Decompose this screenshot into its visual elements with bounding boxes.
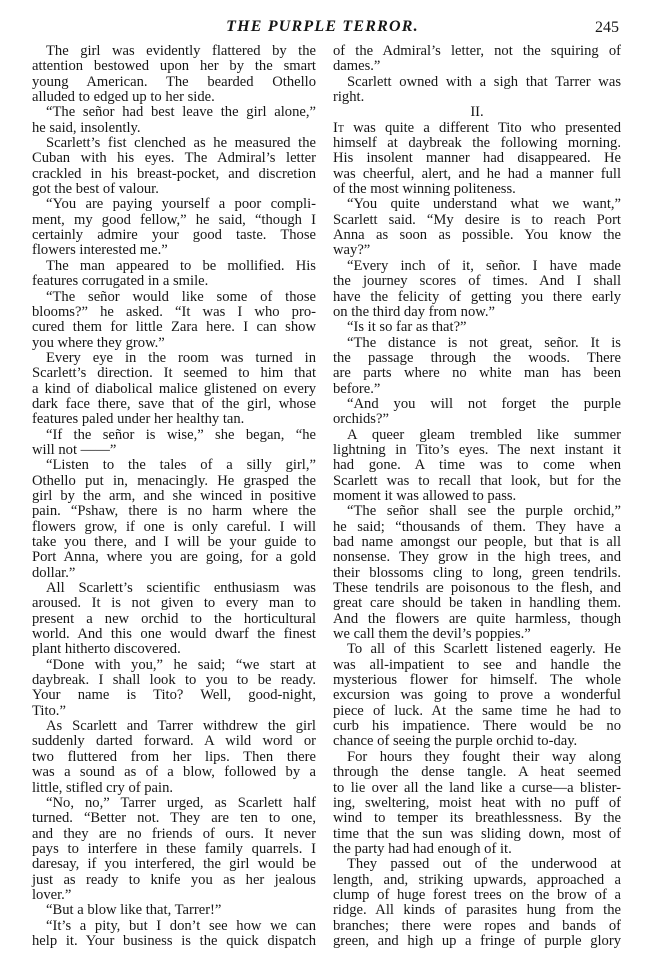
text-line: help it. Your business is the quick disp… (32, 934, 316, 949)
text-line: They passed out of the underwood at (333, 857, 621, 872)
text-line: To all of this Scarlett listened eagerly… (333, 642, 621, 657)
text-line: The man appeared to be mollified. His (32, 259, 316, 274)
text-line: “Done with you,” he said; “we start at (32, 658, 316, 673)
text-line: length, and, striking upwards, approache… (333, 873, 621, 888)
text-line: just as ready to knife you as her jealou… (32, 873, 316, 888)
text-line: “No, no,” Tarrer urged, as Scarlett half (32, 796, 316, 811)
text-line: dollar.” (32, 566, 316, 581)
text-line: pain. “Pshaw, there is no harm where the (32, 504, 316, 519)
text-line: girl by the arm, and she winced in posit… (32, 489, 316, 504)
text-line: daresay, if you interfered, the girl wou… (32, 857, 316, 872)
text-line: crackled in his breast-pocket, and discr… (32, 167, 316, 182)
text-line: “Listen to the tales of a silly girl,” (32, 458, 316, 473)
text-line: A queer gleam trembled like summer (333, 428, 621, 443)
text-line: got the best of valour. (32, 182, 316, 197)
text-line: you where they grow.” (32, 336, 316, 351)
text-line: Port Anna, where you are going, for a go… (32, 550, 316, 565)
text-line: pays to interfere in these family quarre… (32, 842, 316, 857)
text-line: he said; “thousands of them. They have a (333, 520, 621, 535)
section-heading: II. (333, 105, 621, 120)
page-number: 245 (595, 19, 619, 37)
book-page: THE PURPLE TERROR. 245 The girl was evid… (0, 0, 645, 977)
text-line: cured them for little Zara here. I can s… (32, 320, 316, 335)
text-line: Scarlett’s fist clenched as he measured … (32, 136, 316, 151)
text-line: of the most winning politeness. (333, 182, 621, 197)
text-line: Scarlett’s direction. It seemed to him t… (32, 366, 316, 381)
text-line: time that the sun was sliding down, most… (333, 827, 621, 842)
text-line: turned. “Better not. They are ten to one… (32, 811, 316, 826)
text-line: wind to temper its breathlessness. By th… (333, 811, 621, 826)
text-line: “And you will not forget the purple (333, 397, 621, 412)
text-line: Cuban with his eyes. The Admiral’s lette… (32, 151, 316, 166)
text-line: take you there, and I will be your guide… (32, 535, 316, 550)
text-line: bad name amongst our people, but that is… (333, 535, 621, 550)
text-line: lightning in Tito’s eyes. The next insta… (333, 443, 621, 458)
text-line: Othello put in, menacingly. He grasped t… (32, 474, 316, 489)
text-line: ing, sweltering, moist heat with no puff… (333, 796, 621, 811)
text-line: was all-impatient to see and handle the (333, 658, 621, 673)
text-line: Tito.” (32, 704, 316, 719)
running-head: THE PURPLE TERROR. 245 (0, 18, 645, 40)
text-line: was cheerful, alert, and he had a manner… (333, 167, 621, 182)
text-line: And the flowers are quite harmless, thou… (333, 612, 621, 627)
text-line: All Scarlett’s scientific enthusiasm was (32, 581, 316, 596)
text-line: “Is it so far as that?” (333, 320, 621, 335)
text-line: branches; there were ropes and bands of (333, 919, 621, 934)
text-line: suddenly darted forward. A wild word or (32, 734, 316, 749)
text-line: blooms?” he asked. “It was I who pro- (32, 305, 316, 320)
text-line: Scarlett was to recall that look, but fo… (333, 474, 621, 489)
text-line: will not ——” (32, 443, 316, 458)
text-line: “The señor would like some of those (32, 290, 316, 305)
text-line: ridge. All kinds of parasites hung from … (333, 903, 621, 918)
text-line: Anna as soon as possible. You know the (333, 228, 621, 243)
text-line: excursion was going to prove a wonderful (333, 688, 621, 703)
text-line: As Scarlett and Tarrer withdrew the girl (32, 719, 316, 734)
text-line: The girl was evidently flattered by the (32, 44, 316, 59)
text-line: Scarlett said. “My desire is to reach Po… (333, 213, 621, 228)
text-line: little, stifled cry of pain. (32, 781, 316, 796)
text-line: “You quite understand what we want,” (333, 197, 621, 212)
text-line: “The señor had best leave the girl alone… (32, 105, 316, 120)
text-line: on the third day from now.” (333, 305, 621, 320)
text-line: curb his impatience. There would be no (333, 719, 621, 734)
text-line: It was quite a different Tito who presen… (333, 121, 621, 136)
text-line: way?” (333, 243, 621, 258)
text-line: have the felicity of getting you there e… (333, 290, 621, 305)
text-line: their blossoms cling to long, green tend… (333, 566, 621, 581)
text-line: lover.” (32, 888, 316, 903)
text-line: “But a blow like that, Tarrer!” (32, 903, 316, 918)
text-line: green, and high up a fringe of purple gl… (333, 934, 621, 949)
text-line: the journey scores of times. And I shall (333, 274, 621, 289)
text-line: was a sound as of a blow, followed by a (32, 765, 316, 780)
text-line: aroused. It is not given to every man to (32, 596, 316, 611)
text-line: two fluttered from her lips. Then there (32, 750, 316, 765)
text-line: a kind of diabolical malice glistened on… (32, 382, 316, 397)
text-line: himself at daybreak the following mornin… (333, 136, 621, 151)
text-line: piece of luck. At the same time he had t… (333, 704, 621, 719)
text-line: features corrugated in a smile. (32, 274, 316, 289)
text-line: “The señor shall see the purple orchid,” (333, 504, 621, 519)
running-title: THE PURPLE TERROR. (0, 18, 645, 36)
text-line: daybreak. I shall look to you to be read… (32, 673, 316, 688)
text-line: he said, insolently. (32, 121, 316, 136)
text-line: the passage through the woods. There (333, 351, 621, 366)
text-line: alluded to edged up to her side. (32, 90, 316, 105)
text-line: “The distance is not great, señor. It is (333, 336, 621, 351)
text-line: “If the señor is wise,” she began, “he (32, 428, 316, 443)
text-line: “Every inch of it, señor. I have made (333, 259, 621, 274)
text-line: attention bestowed upon her by the smart (32, 59, 316, 74)
text-line: had gone. A time was to come when (333, 458, 621, 473)
small-caps-opening: It (333, 120, 344, 136)
text-line: young American. The bearded Othello (32, 75, 316, 90)
text-line: mysterious flower for himself. The whole (333, 673, 621, 688)
text-line: plant hitherto discovered. (32, 642, 316, 657)
text-line: to lie over all the land like a curse—a … (333, 781, 621, 796)
right-column: of the Admiral’s letter, not the squirin… (333, 44, 621, 949)
text-line: moment it was allowed to pass. (333, 489, 621, 504)
text-line: great care should be taken in handling t… (333, 596, 621, 611)
text-line: ment, my good fellow,” he said, “though … (32, 213, 316, 228)
text-line: certainly admire your good taste. Those (32, 228, 316, 243)
text-line: nonsense. They grow in the high trees, a… (333, 550, 621, 565)
text-line: of the Admiral’s letter, not the squirin… (333, 44, 621, 59)
text-line: These tendrils are poisonous to the fles… (333, 581, 621, 596)
text-line: “It’s a pity, but I don’t see how we can (32, 919, 316, 934)
text-line: Every eye in the room was turned in (32, 351, 316, 366)
text-line: Scarlett owned with a sigh that Tarrer w… (333, 75, 621, 90)
text-line: dames.” (333, 59, 621, 74)
text-line: flowers interested me.” (32, 243, 316, 258)
text-line: orchids?” (333, 412, 621, 427)
text-line: world. And this one would dwarf the fine… (32, 627, 316, 642)
text-line: flowers grow, if one is only careful. I … (32, 520, 316, 535)
text-line: present a new orchid to the horticultura… (32, 612, 316, 627)
text-line: “You are paying yourself a poor compli- (32, 197, 316, 212)
text-line: are parts where no white man has been (333, 366, 621, 381)
text-line: clump of huge forest trees on the brow o… (333, 888, 621, 903)
text-line: we call them the devil’s poppies.” (333, 627, 621, 642)
text-line: Your name is Tito? Well, good-night, (32, 688, 316, 703)
text-line: the party had had enough of it. (333, 842, 621, 857)
text-line: chance of seeing the purple orchid to-da… (333, 734, 621, 749)
text-line: features paled under her healthy tan. (32, 412, 316, 427)
text-line: through the dense tangle. A heat seemed (333, 765, 621, 780)
text-line: dark face there, save that of the girl, … (32, 397, 316, 412)
text-line: right. (333, 90, 621, 105)
left-column: The girl was evidently flattered by thea… (32, 44, 316, 949)
text-line: before.” (333, 382, 621, 397)
text-line: His insolent manner had disappeared. He (333, 151, 621, 166)
text-line: For hours they fought their way along (333, 750, 621, 765)
text-line: and they are no friends of ours. It neve… (32, 827, 316, 842)
